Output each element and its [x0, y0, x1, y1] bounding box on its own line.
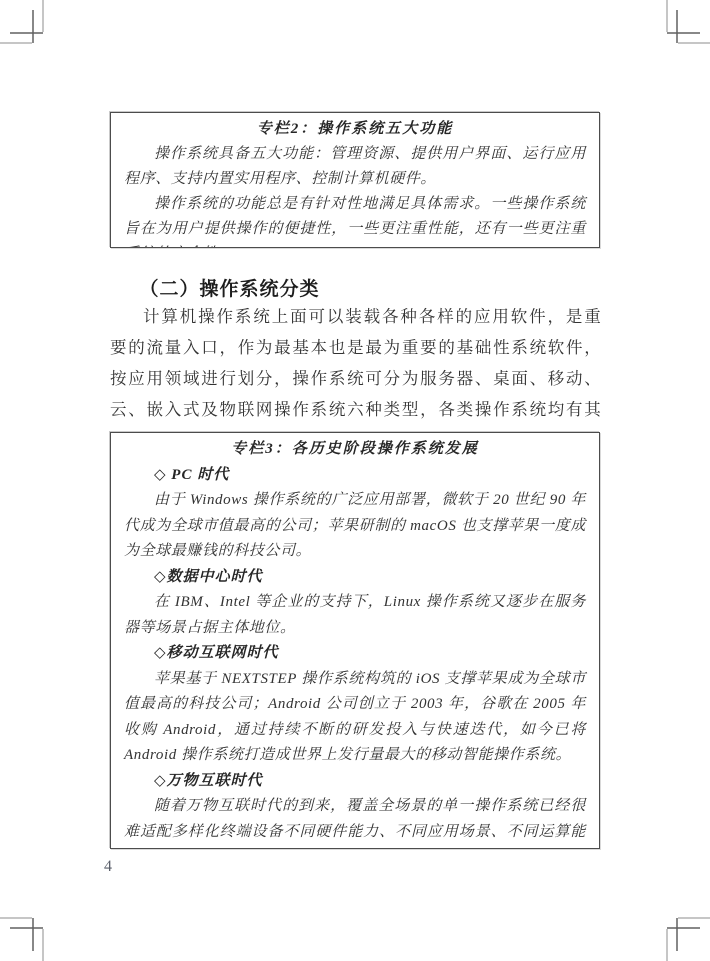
callout-box-2-paragraph-2: 操作系统的功能总是有针对性地满足具体需求。一些操作系统旨在为用户提供操作的便捷性…: [124, 192, 586, 248]
era-paragraph-pc: 由于 Windows 操作系统的广泛应用部署，微软于 20 世纪 90 年代成为…: [124, 488, 586, 565]
era-heading-iot: ◇万物互联时代: [124, 769, 586, 795]
callout-box-2: 专栏2：操作系统五大功能 操作系统具备五大功能：管理资源、提供用户界面、运行应用…: [110, 112, 600, 248]
crop-mark-top-left: [0, 0, 43, 43]
callout-box-3: 专栏3：各历史阶段操作系统发展 ◇ PC 时代 由于 Windows 操作系统的…: [110, 432, 600, 849]
page-number: 4: [104, 858, 112, 876]
era-heading-datacenter: ◇数据中心时代: [124, 565, 586, 591]
era-paragraph-iot: 随着万物互联时代的到来，覆盖全场景的单一操作系统已经很难适配多样化终端设备不同硬…: [124, 794, 586, 849]
era-paragraph-datacenter: 在 IBM、Intel 等企业的支持下，Linux 操作系统又逐步在服务器等场景…: [124, 590, 586, 641]
callout-box-2-paragraph-1: 操作系统具备五大功能：管理资源、提供用户界面、运行应用程序、支持内置实用程序、控…: [124, 142, 586, 192]
callout-box-2-title: 专栏2：操作系统五大功能: [124, 117, 586, 142]
era-heading-mobile-internet: ◇移动互联网时代: [124, 641, 586, 667]
era-heading-pc: ◇ PC 时代: [124, 463, 586, 489]
crop-mark-bottom-left: [0, 918, 43, 961]
document-page: 专栏2：操作系统五大功能 操作系统具备五大功能：管理资源、提供用户界面、运行应用…: [0, 0, 710, 961]
crop-mark-bottom-right: [667, 918, 710, 961]
callout-box-3-title: 专栏3：各历史阶段操作系统发展: [124, 437, 586, 463]
era-paragraph-mobile-internet: 苹果基于 NEXTSTEP 操作系统构筑的 iOS 支撑苹果成为全球市值最高的科…: [124, 667, 586, 769]
section-heading: （二）操作系统分类: [110, 274, 602, 301]
crop-mark-top-right: [667, 0, 710, 43]
